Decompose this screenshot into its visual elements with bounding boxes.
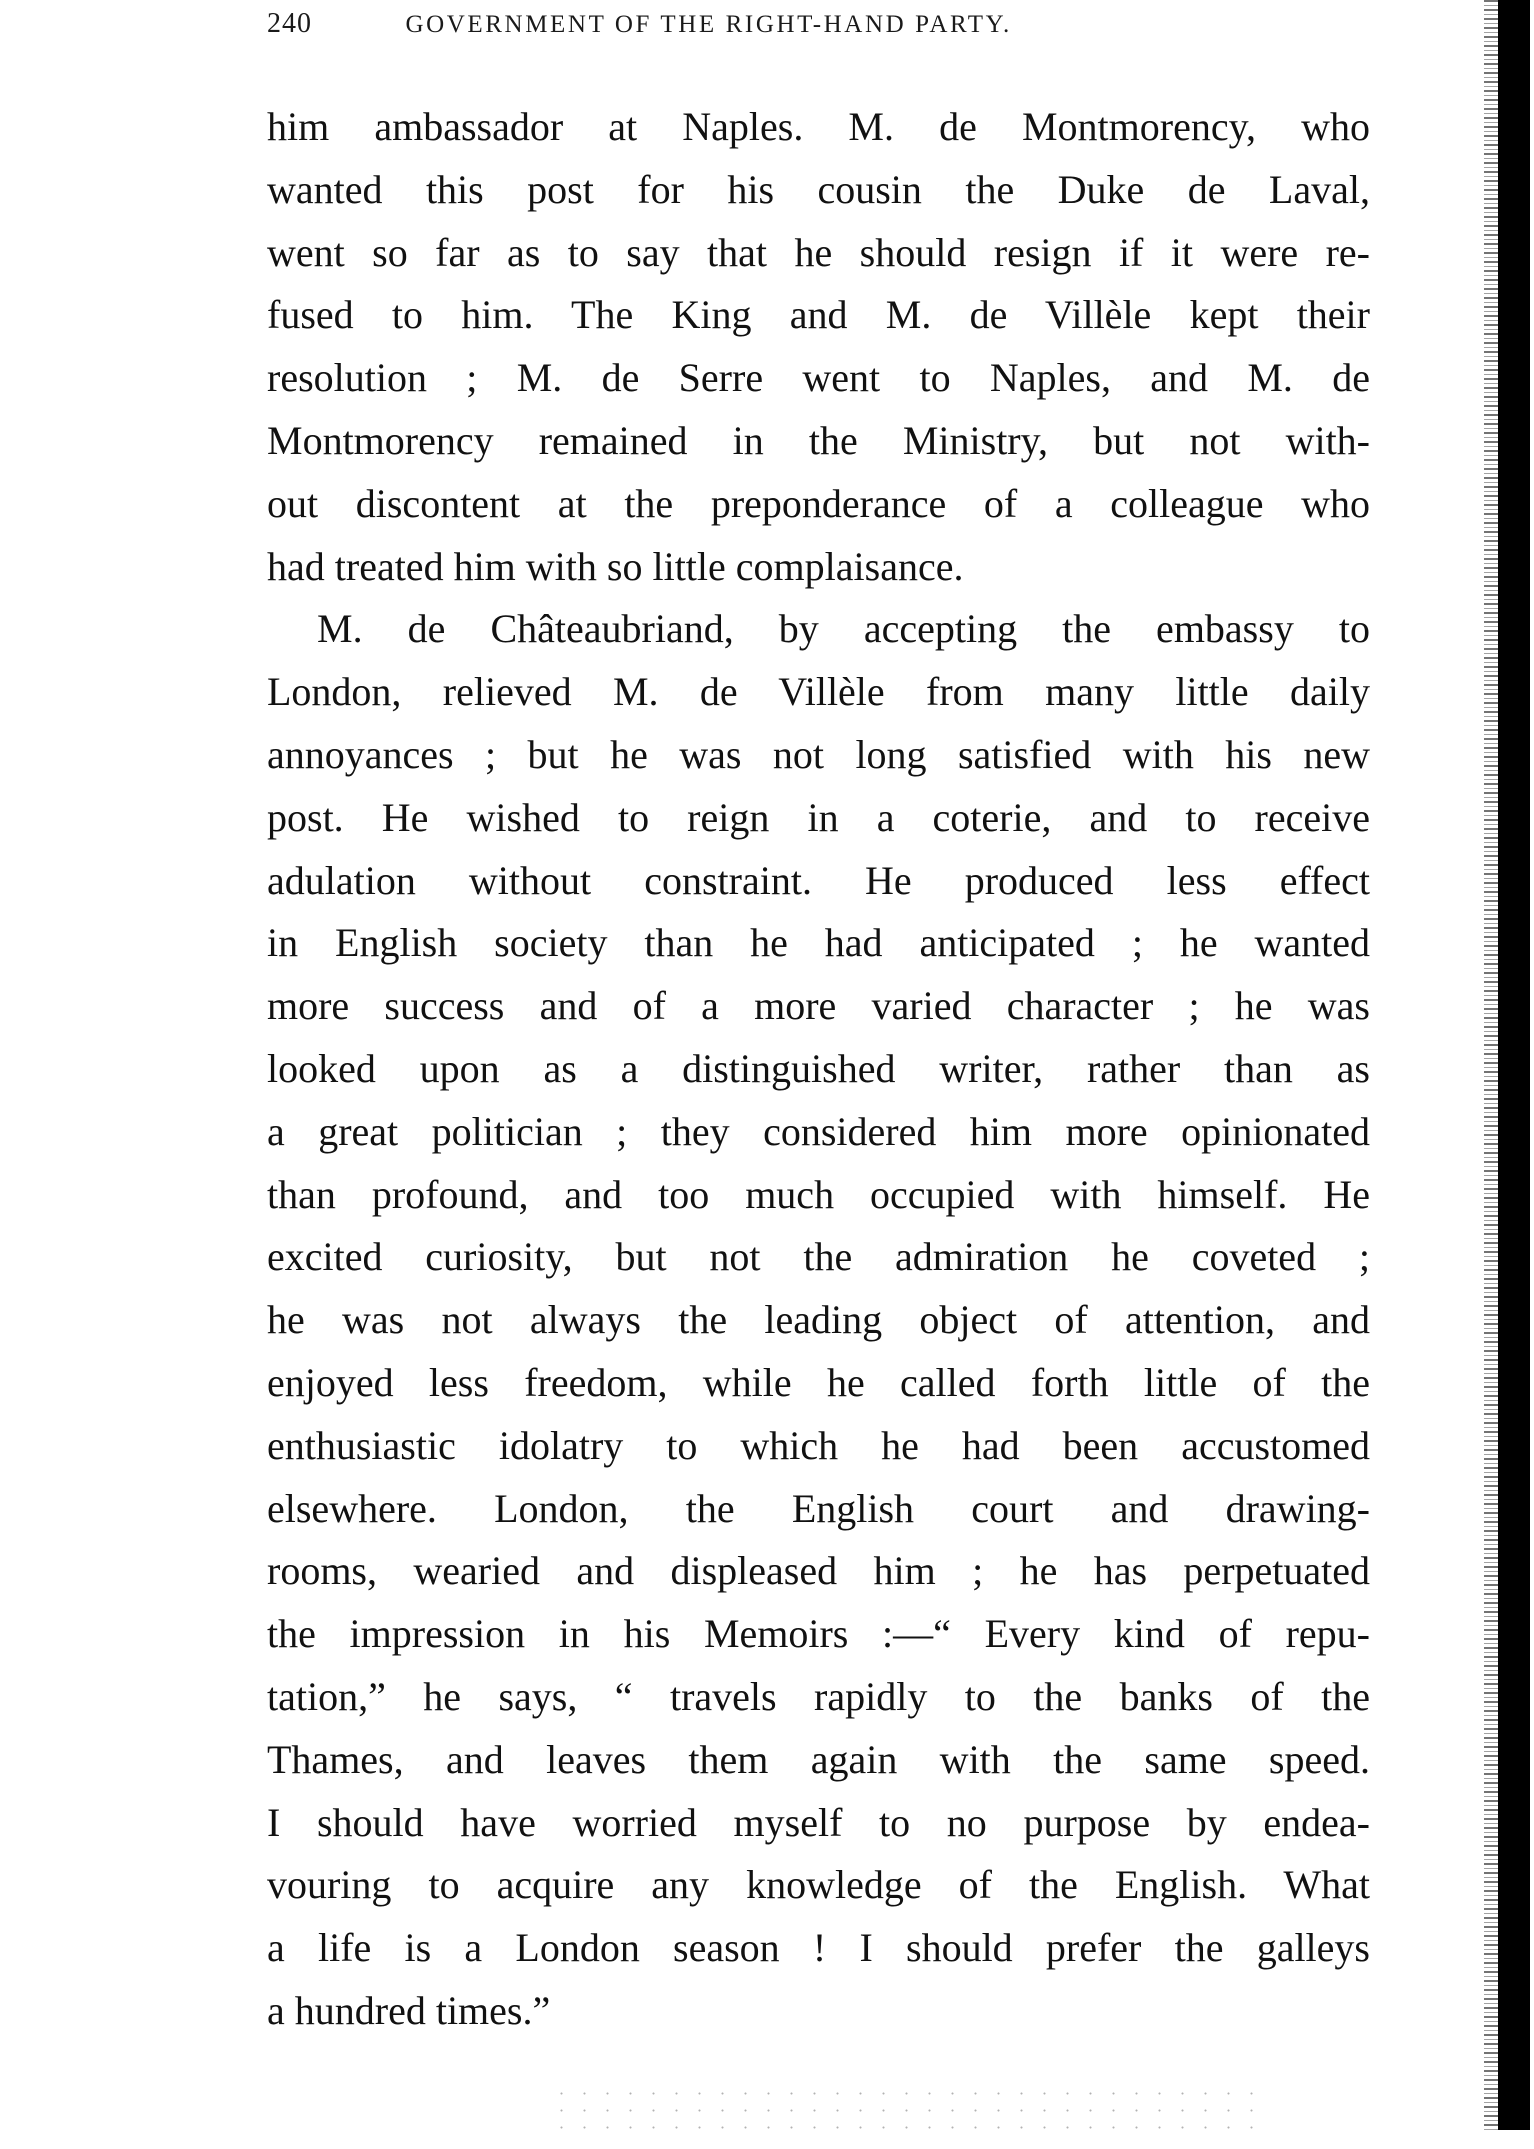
running-head: 240 GOVERNMENT OF THE RIGHT-HAND PARTY. (267, 8, 1370, 48)
text-line: enjoyed less freedom, while he called fo… (267, 1352, 1370, 1415)
text-line: wanted this post for his cousin the Duke… (267, 159, 1370, 222)
text-line: excited curiosity, but not the admiratio… (267, 1226, 1370, 1289)
text-line: Thames, and leaves them again with the s… (267, 1729, 1370, 1792)
text-line: than profound, and too much occupied wit… (267, 1164, 1370, 1227)
text-line: resolution ; M. de Serre went to Naples,… (267, 347, 1370, 410)
text-line-paragraph-start: M. de Châteaubriand, by accepting the em… (267, 598, 1370, 661)
text-line: elsewhere. London, the English court and… (267, 1478, 1370, 1541)
binding-edge-fringe (1484, 0, 1498, 2130)
text-line: out discontent at the preponderance of a… (267, 473, 1370, 536)
text-line: post. He wished to reign in a coterie, a… (267, 787, 1370, 850)
text-line: a life is a London season ! I should pre… (267, 1917, 1370, 1980)
text-line: I should have worried myself to no purpo… (267, 1792, 1370, 1855)
text-line: the impression in his Memoirs :—“ Every … (267, 1603, 1370, 1666)
running-title: GOVERNMENT OF THE RIGHT-HAND PARTY. (405, 11, 1011, 39)
text-line: looked upon as a distinguished writer, r… (267, 1038, 1370, 1101)
text-line: more success and of a more varied charac… (267, 975, 1370, 1038)
text-line: tation,” he says, “ travels rapidly to t… (267, 1666, 1370, 1729)
text-line: enthusiastic idolatry to which he had be… (267, 1415, 1370, 1478)
scan-noise (550, 2085, 1270, 2135)
text-line: fused to him. The King and M. de Villèle… (267, 284, 1370, 347)
text-line: him ambassador at Naples. M. de Montmore… (267, 96, 1370, 159)
text-line: a great politician ; they considered him… (267, 1101, 1370, 1164)
text-line: he was not always the leading object of … (267, 1289, 1370, 1352)
book-page: 240 GOVERNMENT OF THE RIGHT-HAND PARTY. … (0, 0, 1534, 2149)
text-line: in English society than he had anticipat… (267, 912, 1370, 975)
text-line: adulation without constraint. He produce… (267, 850, 1370, 913)
body-text: him ambassador at Naples. M. de Montmore… (267, 96, 1370, 2043)
text-line: vouring to acquire any knowledge of the … (267, 1854, 1370, 1917)
binding-edge-shadow (1498, 0, 1530, 2130)
text-line: rooms, wearied and displeased him ; he h… (267, 1540, 1370, 1603)
text-line-paragraph-end: had treated him with so little complaisa… (267, 536, 1370, 599)
text-line: went so far as to say that he should res… (267, 222, 1370, 285)
text-line: annoyances ; but he was not long satisfi… (267, 724, 1370, 787)
text-line: Montmorency remained in the Ministry, bu… (267, 410, 1370, 473)
text-line-paragraph-end: a hundred times.” (267, 1980, 1370, 2043)
page-number: 240 (267, 8, 397, 40)
text-line: London, relieved M. de Villèle from many… (267, 661, 1370, 724)
